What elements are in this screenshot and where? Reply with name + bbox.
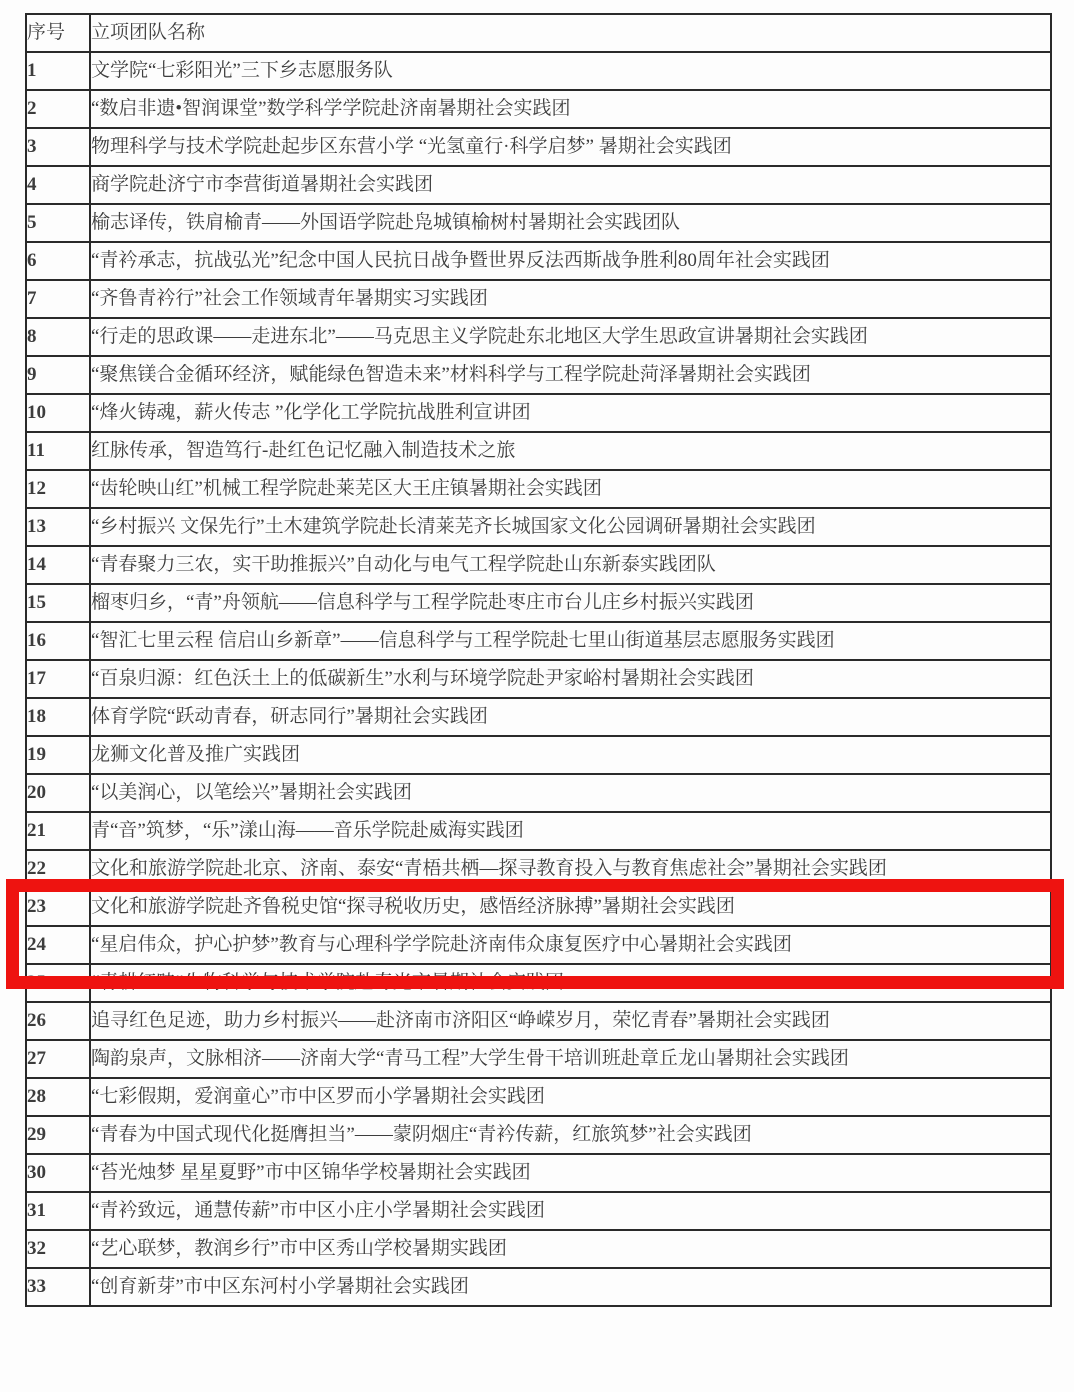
header-serial-number: 序号 xyxy=(26,14,90,52)
row-team-name: 商学院赴济宁市李营街道暑期社会实践团 xyxy=(90,166,1051,204)
table-row: 28“七彩假期，爱润童心”市中区罗而小学暑期社会实践团 xyxy=(26,1078,1051,1116)
row-serial-number: 32 xyxy=(26,1230,90,1268)
row-team-name: “星启伟众，护心护梦”教育与心理科学学院赴济南伟众康复医疗中心暑期社会实践团 xyxy=(90,926,1051,964)
row-serial-number: 1 xyxy=(26,52,90,90)
table-row: 25“青耕红畦”生物科学与技术学院赴寿光市暑期社会实践团 xyxy=(26,964,1051,1002)
row-team-name: “数启非遗•智润课堂”数学科学学院赴济南暑期社会实践团 xyxy=(90,90,1051,128)
row-team-name: 青“音”筑梦，“乐”漾山海——音乐学院赴威海实践团 xyxy=(90,812,1051,850)
table-row: 17“百泉归源：红色沃土上的低碳新生”水利与环境学院赴尹家峪村暑期社会实践团 xyxy=(26,660,1051,698)
row-serial-number: 29 xyxy=(26,1116,90,1154)
team-table: 序号 立项团队名称 1文学院“七彩阳光”三下乡志愿服务队2“数启非遗•智润课堂”… xyxy=(25,13,1052,1307)
row-team-name: “青春为中国式现代化挺膺担当”——蒙阴烟庄“青衿传薪，红旅筑梦”社会实践团 xyxy=(90,1116,1051,1154)
row-team-name: 红脉传承，智造笃行-赴红色记忆融入制造技术之旅 xyxy=(90,432,1051,470)
row-team-name: 龙狮文化普及推广实践团 xyxy=(90,736,1051,774)
table-row: 9“聚焦镁合金循环经济，赋能绿色智造未来”材料科学与工程学院赴菏泽暑期社会实践团 xyxy=(26,356,1051,394)
row-serial-number: 11 xyxy=(26,432,90,470)
table-row: 21青“音”筑梦，“乐”漾山海——音乐学院赴威海实践团 xyxy=(26,812,1051,850)
row-serial-number: 33 xyxy=(26,1268,90,1306)
table-row: 6“青衿承志，抗战弘光”纪念中国人民抗日战争暨世界反法西斯战争胜利80周年社会实… xyxy=(26,242,1051,280)
table-row: 13“乡村振兴 文保先行”土木建筑学院赴长清莱芜齐长城国家文化公园调研暑期社会实… xyxy=(26,508,1051,546)
table-row: 33“创育新芽”市中区东河村小学暑期社会实践团 xyxy=(26,1268,1051,1306)
row-serial-number: 24 xyxy=(26,926,90,964)
table-row: 20“以美润心，以笔绘兴”暑期社会实践团 xyxy=(26,774,1051,812)
table-row: 4商学院赴济宁市李营街道暑期社会实践团 xyxy=(26,166,1051,204)
table-row: 11红脉传承，智造笃行-赴红色记忆融入制造技术之旅 xyxy=(26,432,1051,470)
row-serial-number: 30 xyxy=(26,1154,90,1192)
row-team-name: 追寻红色足迹，助力乡村振兴——赴济南市济阳区“峥嵘岁月，荣忆青春”暑期社会实践团 xyxy=(90,1002,1051,1040)
table-row: 18体育学院“跃动青春，研志同行”暑期社会实践团 xyxy=(26,698,1051,736)
row-serial-number: 16 xyxy=(26,622,90,660)
table-row: 1文学院“七彩阳光”三下乡志愿服务队 xyxy=(26,52,1051,90)
table-row: 30“苔光烛梦 星星夏野”市中区锦华学校暑期社会实践团 xyxy=(26,1154,1051,1192)
table-row: 2“数启非遗•智润课堂”数学科学学院赴济南暑期社会实践团 xyxy=(26,90,1051,128)
row-serial-number: 19 xyxy=(26,736,90,774)
row-serial-number: 10 xyxy=(26,394,90,432)
row-team-name: 榆志译传，铁肩榆青——外国语学院赴凫城镇榆树村暑期社会实践团队 xyxy=(90,204,1051,242)
row-team-name: “青耕红畦”生物科学与技术学院赴寿光市暑期社会实践团 xyxy=(90,964,1051,1002)
row-serial-number: 13 xyxy=(26,508,90,546)
document-page: 序号 立项团队名称 1文学院“七彩阳光”三下乡志愿服务队2“数启非遗•智润课堂”… xyxy=(0,0,1074,1392)
row-serial-number: 14 xyxy=(26,546,90,584)
row-serial-number: 7 xyxy=(26,280,90,318)
table-row: 26追寻红色足迹，助力乡村振兴——赴济南市济阳区“峥嵘岁月，荣忆青春”暑期社会实… xyxy=(26,1002,1051,1040)
row-serial-number: 31 xyxy=(26,1192,90,1230)
row-serial-number: 22 xyxy=(26,850,90,888)
row-team-name: 文化和旅游学院赴齐鲁税史馆“探寻税收历史，感悟经济脉搏”暑期社会实践团 xyxy=(90,888,1051,926)
table-row: 10“烽火铸魂，薪火传志 ”化学化工学院抗战胜利宣讲团 xyxy=(26,394,1051,432)
row-team-name: 文学院“七彩阳光”三下乡志愿服务队 xyxy=(90,52,1051,90)
row-team-name: “乡村振兴 文保先行”土木建筑学院赴长清莱芜齐长城国家文化公园调研暑期社会实践团 xyxy=(90,508,1051,546)
table-row: 12“齿轮映山红”机械工程学院赴莱芜区大王庄镇暑期社会实践团 xyxy=(26,470,1051,508)
row-team-name: “艺心联梦，教润乡行”市中区秀山学校暑期实践团 xyxy=(90,1230,1051,1268)
row-team-name: 文化和旅游学院赴北京、济南、泰安“青梧共栖—探寻教育投入与教育焦虑社会”暑期社会… xyxy=(90,850,1051,888)
row-team-name: “以美润心，以笔绘兴”暑期社会实践团 xyxy=(90,774,1051,812)
table-row: 23文化和旅游学院赴齐鲁税史馆“探寻税收历史，感悟经济脉搏”暑期社会实践团 xyxy=(26,888,1051,926)
table-row: 15榴枣归乡，“青”舟领航——信息科学与工程学院赴枣庄市台儿庄乡村振兴实践团 xyxy=(26,584,1051,622)
row-serial-number: 3 xyxy=(26,128,90,166)
row-serial-number: 18 xyxy=(26,698,90,736)
row-serial-number: 26 xyxy=(26,1002,90,1040)
row-team-name: 体育学院“跃动青春，研志同行”暑期社会实践团 xyxy=(90,698,1051,736)
row-team-name: “智汇七里云程 信启山乡新章”——信息科学与工程学院赴七里山街道基层志愿服务实践… xyxy=(90,622,1051,660)
row-team-name: 物理科学与技术学院赴起步区东营小学 “光氢童行·科学启梦” 暑期社会实践团 xyxy=(90,128,1051,166)
table-row: 24“星启伟众，护心护梦”教育与心理科学学院赴济南伟众康复医疗中心暑期社会实践团 xyxy=(26,926,1051,964)
row-team-name: “苔光烛梦 星星夏野”市中区锦华学校暑期社会实践团 xyxy=(90,1154,1051,1192)
row-serial-number: 23 xyxy=(26,888,90,926)
row-serial-number: 4 xyxy=(26,166,90,204)
row-serial-number: 27 xyxy=(26,1040,90,1078)
row-team-name: “青衿致远，通慧传薪”市中区小庄小学暑期社会实践团 xyxy=(90,1192,1051,1230)
row-team-name: 陶韵泉声，文脉相济——济南大学“青马工程”大学生骨干培训班赴章丘龙山暑期社会实践… xyxy=(90,1040,1051,1078)
row-serial-number: 5 xyxy=(26,204,90,242)
header-row: 序号 立项团队名称 xyxy=(26,14,1051,52)
table-row: 22文化和旅游学院赴北京、济南、泰安“青梧共栖—探寻教育投入与教育焦虑社会”暑期… xyxy=(26,850,1051,888)
row-serial-number: 15 xyxy=(26,584,90,622)
table-row: 19龙狮文化普及推广实践团 xyxy=(26,736,1051,774)
row-serial-number: 9 xyxy=(26,356,90,394)
row-team-name: “齿轮映山红”机械工程学院赴莱芜区大王庄镇暑期社会实践团 xyxy=(90,470,1051,508)
row-team-name: “烽火铸魂，薪火传志 ”化学化工学院抗战胜利宣讲团 xyxy=(90,394,1051,432)
row-serial-number: 25 xyxy=(26,964,90,1002)
row-team-name: “创育新芽”市中区东河村小学暑期社会实践团 xyxy=(90,1268,1051,1306)
row-team-name: “百泉归源：红色沃土上的低碳新生”水利与环境学院赴尹家峪村暑期社会实践团 xyxy=(90,660,1051,698)
row-serial-number: 17 xyxy=(26,660,90,698)
table-row: 29“青春为中国式现代化挺膺担当”——蒙阴烟庄“青衿传薪，红旅筑梦”社会实践团 xyxy=(26,1116,1051,1154)
table-body: 1文学院“七彩阳光”三下乡志愿服务队2“数启非遗•智润课堂”数学科学学院赴济南暑… xyxy=(26,52,1051,1306)
row-team-name: “青春聚力三农，实干助推振兴”自动化与电气工程学院赴山东新泰实践团队 xyxy=(90,546,1051,584)
header-team-name: 立项团队名称 xyxy=(90,14,1051,52)
row-serial-number: 12 xyxy=(26,470,90,508)
table-row: 5榆志译传，铁肩榆青——外国语学院赴凫城镇榆树村暑期社会实践团队 xyxy=(26,204,1051,242)
row-serial-number: 28 xyxy=(26,1078,90,1116)
row-serial-number: 20 xyxy=(26,774,90,812)
table-row: 16“智汇七里云程 信启山乡新章”——信息科学与工程学院赴七里山街道基层志愿服务… xyxy=(26,622,1051,660)
table-row: 8“行走的思政课——走进东北”——马克思主义学院赴东北地区大学生思政宣讲暑期社会… xyxy=(26,318,1051,356)
row-serial-number: 2 xyxy=(26,90,90,128)
row-team-name: 榴枣归乡，“青”舟领航——信息科学与工程学院赴枣庄市台儿庄乡村振兴实践团 xyxy=(90,584,1051,622)
row-serial-number: 21 xyxy=(26,812,90,850)
table-row: 31“青衿致远，通慧传薪”市中区小庄小学暑期社会实践团 xyxy=(26,1192,1051,1230)
table-row: 3物理科学与技术学院赴起步区东营小学 “光氢童行·科学启梦” 暑期社会实践团 xyxy=(26,128,1051,166)
row-team-name: “行走的思政课——走进东北”——马克思主义学院赴东北地区大学生思政宣讲暑期社会实… xyxy=(90,318,1051,356)
table-row: 14“青春聚力三农，实干助推振兴”自动化与电气工程学院赴山东新泰实践团队 xyxy=(26,546,1051,584)
table-row: 7“齐鲁青衿行”社会工作领域青年暑期实习实践团 xyxy=(26,280,1051,318)
row-team-name: “青衿承志，抗战弘光”纪念中国人民抗日战争暨世界反法西斯战争胜利80周年社会实践… xyxy=(90,242,1051,280)
row-serial-number: 6 xyxy=(26,242,90,280)
row-team-name: “齐鲁青衿行”社会工作领域青年暑期实习实践团 xyxy=(90,280,1051,318)
row-serial-number: 8 xyxy=(26,318,90,356)
row-team-name: “七彩假期，爱润童心”市中区罗而小学暑期社会实践团 xyxy=(90,1078,1051,1116)
table-row: 32“艺心联梦，教润乡行”市中区秀山学校暑期实践团 xyxy=(26,1230,1051,1268)
table-row: 27陶韵泉声，文脉相济——济南大学“青马工程”大学生骨干培训班赴章丘龙山暑期社会… xyxy=(26,1040,1051,1078)
row-team-name: “聚焦镁合金循环经济，赋能绿色智造未来”材料科学与工程学院赴菏泽暑期社会实践团 xyxy=(90,356,1051,394)
